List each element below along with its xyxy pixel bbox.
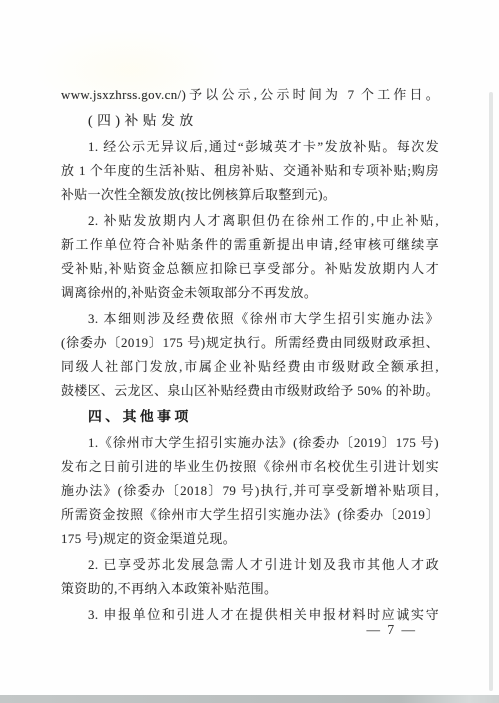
text-line: 175 号)规定的资金渠道兑现。 bbox=[61, 527, 439, 551]
text-line: 1.《徐州市大学生招引实施办法》(徐委办〔2019〕175 号) bbox=[61, 431, 439, 455]
paragraph: www.jsxzhrss.gov.cn/)予以公示,公示时间为 7 个工作日。 bbox=[61, 83, 439, 107]
paragraph: (四)补贴发放 bbox=[61, 109, 439, 133]
text-line: 鼓楼区、云龙区、泉山区补贴经费由市级财政给予 50% 的补助。 bbox=[61, 379, 439, 403]
text-line: 补贴一次性全额发放(按比例核算后取整到元)。 bbox=[61, 183, 439, 207]
document-body: www.jsxzhrss.gov.cn/)予以公示,公示时间为 7 个工作日。(… bbox=[61, 83, 439, 627]
text-line: 所需资金按照《徐州市大学生招引实施办法》(徐委办〔2019〕 bbox=[61, 503, 439, 527]
text-line: 策资助的,不再纳入本政策补贴范围。 bbox=[61, 577, 439, 601]
text-line: (徐委办〔2019〕175 号)规定执行。所需经费由同级财政承担、 bbox=[61, 331, 439, 355]
text-line: www.jsxzhrss.gov.cn/)予以公示,公示时间为 7 个工作日。 bbox=[61, 83, 439, 107]
text-line: 3. 本细则涉及经费依照《徐州市大学生招引实施办法》 bbox=[61, 307, 439, 331]
scanned-document-page: www.jsxzhrss.gov.cn/)予以公示,公示时间为 7 个工作日。(… bbox=[0, 0, 499, 703]
paragraph: 2. 补贴发放期内人才离职但仍在徐州工作的,中止补贴,新工作单位符合补贴条件的需… bbox=[61, 209, 439, 305]
text-line: 四、其他事项 bbox=[61, 405, 439, 429]
text-line: 施办法》(徐委办〔2018〕79 号)执行,并可享受新增补贴项目, bbox=[61, 479, 439, 503]
paragraph: 1. 经公示无异议后,通过“彭城英才卡”发放补贴。每次发放 1 个年度的生活补贴… bbox=[61, 135, 439, 207]
text-line: 调离徐州的,补贴资金未领取部分不再发放。 bbox=[61, 281, 439, 305]
text-line: 1. 经公示无异议后,通过“彭城英才卡”发放补贴。每次发 bbox=[61, 135, 439, 159]
text-line: 放 1 个年度的生活补贴、租房补贴、交通补贴和专项补贴;购房 bbox=[61, 159, 439, 183]
text-line: 受补贴,补贴资金总额应扣除已享受部分。补贴发放期内人才 bbox=[61, 257, 439, 281]
paragraph: 四、其他事项 bbox=[61, 405, 439, 429]
text-line: 2. 已享受苏北发展急需人才引进计划及我市其他人才政 bbox=[61, 553, 439, 577]
page-number: — 7 — bbox=[367, 622, 418, 638]
text-line: (四)补贴发放 bbox=[61, 109, 439, 133]
scan-right-edge-shadow bbox=[489, 92, 493, 691]
paragraph: 1.《徐州市大学生招引实施办法》(徐委办〔2019〕175 号)发布之日前引进的… bbox=[61, 431, 439, 551]
paragraph: 3. 本细则涉及经费依照《徐州市大学生招引实施办法》(徐委办〔2019〕175 … bbox=[61, 307, 439, 403]
text-line: 新工作单位符合补贴条件的需重新提出申请,经审核可继续享 bbox=[61, 233, 439, 257]
scan-bottom-edge-shadow bbox=[0, 695, 499, 703]
text-line: 同级人社部门发放,市属企业补贴经费由市级财政全额承担, bbox=[61, 355, 439, 379]
text-line: 2. 补贴发放期内人才离职但仍在徐州工作的,中止补贴, bbox=[61, 209, 439, 233]
text-line: 发布之日前引进的毕业生仍按照《徐州市名校优生引进计划实 bbox=[61, 455, 439, 479]
paragraph: 2. 已享受苏北发展急需人才引进计划及我市其他人才政策资助的,不再纳入本政策补贴… bbox=[61, 553, 439, 601]
